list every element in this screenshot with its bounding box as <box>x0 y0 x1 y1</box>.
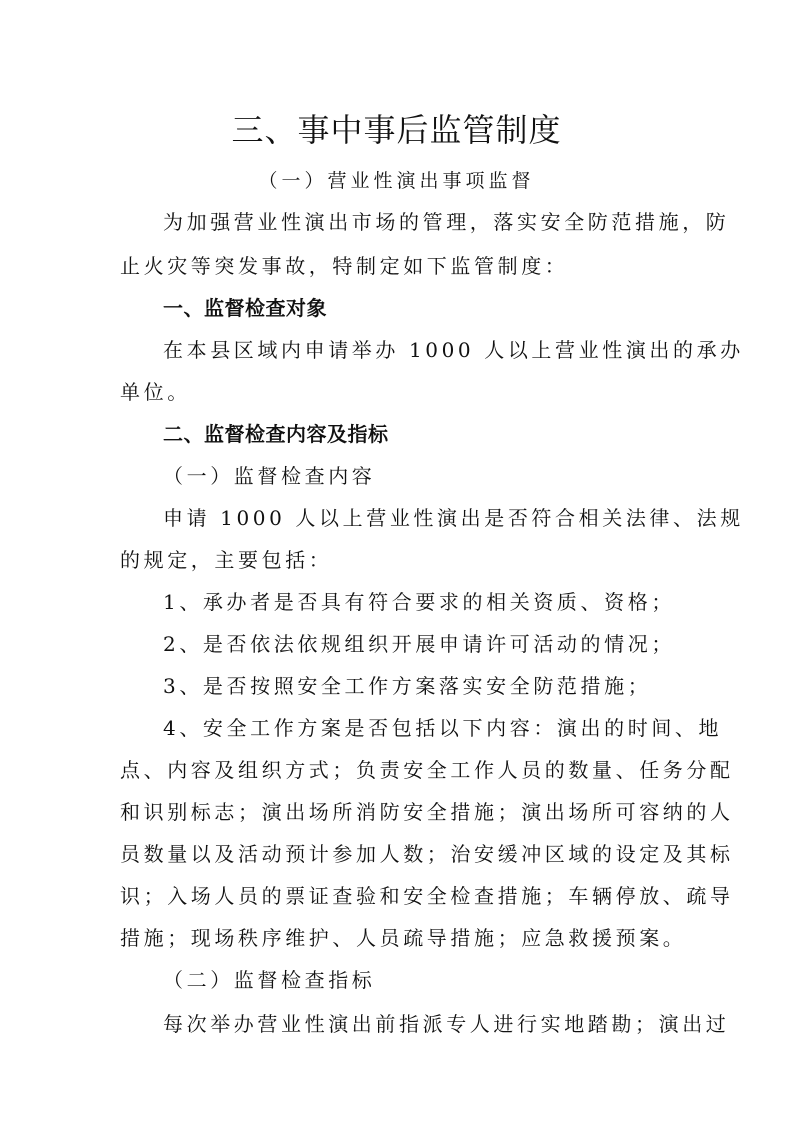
list-item-2: 2、是否依法依规组织开展申请许可活动的情况； <box>163 632 675 656</box>
section2-sub1-line-2: 的规定，主要包括： <box>120 548 332 572</box>
list-item-4-line-1: 4、安全工作方案是否包括以下内容：演出的时间、地 <box>163 716 722 740</box>
page-title: 三、事中事后监管制度 <box>0 110 793 150</box>
section2-sub2-line-1: 每次举办营业性演出前指派专人进行实地踏勘；演出过 <box>163 1012 729 1036</box>
page-subtitle: （一）营业性演出事项监督 <box>0 169 793 193</box>
intro-line-1: 为加强营业性演出市场的管理，落实安全防范措施，防 <box>163 210 729 234</box>
document-page: 三、事中事后监管制度 （一）营业性演出事项监督 为加强营业性演出市场的管理，落实… <box>0 0 793 1122</box>
section2-sub1-line-1: 申请 1000 人以上营业性演出是否符合相关法律、法规 <box>163 506 744 530</box>
list-item-4-line-5: 识；入场人员的票证查验和安全检查措施；车辆停放、疏导 <box>120 884 734 908</box>
section2-sub1-heading: （一）监督检查内容 <box>163 464 375 488</box>
list-item-4-line-2: 点、内容及组织方式；负责安全工作人员的数量、任务分配 <box>120 758 734 782</box>
section1-heading: 一、监督检查对象 <box>163 296 327 320</box>
list-item-4-line-6: 措施；现场秩序维护、人员疏导措施；应急救援预案。 <box>120 926 686 950</box>
list-item-4-line-4: 员数量以及活动预计参加人数；治安缓冲区域的设定及其标 <box>120 842 734 866</box>
list-item-3: 3、是否按照安全工作方案落实安全防范措施； <box>163 674 651 698</box>
intro-line-2: 止火灾等突发事故，特制定如下监管制度： <box>120 254 568 278</box>
section2-heading: 二、监督检查内容及指标 <box>163 422 389 446</box>
section1-line-2: 单位。 <box>120 380 191 404</box>
section2-sub2-heading: （二）监督检查指标 <box>163 968 375 992</box>
section1-line-1: 在本县区域内申请举办 1000 人以上营业性演出的承办 <box>163 338 744 362</box>
list-item-4-line-3: 和识别标志；演出场所消防安全措施；演出场所可容纳的人 <box>120 800 734 824</box>
list-item-1: 1、承办者是否具有符合要求的相关资质、资格； <box>163 590 675 614</box>
